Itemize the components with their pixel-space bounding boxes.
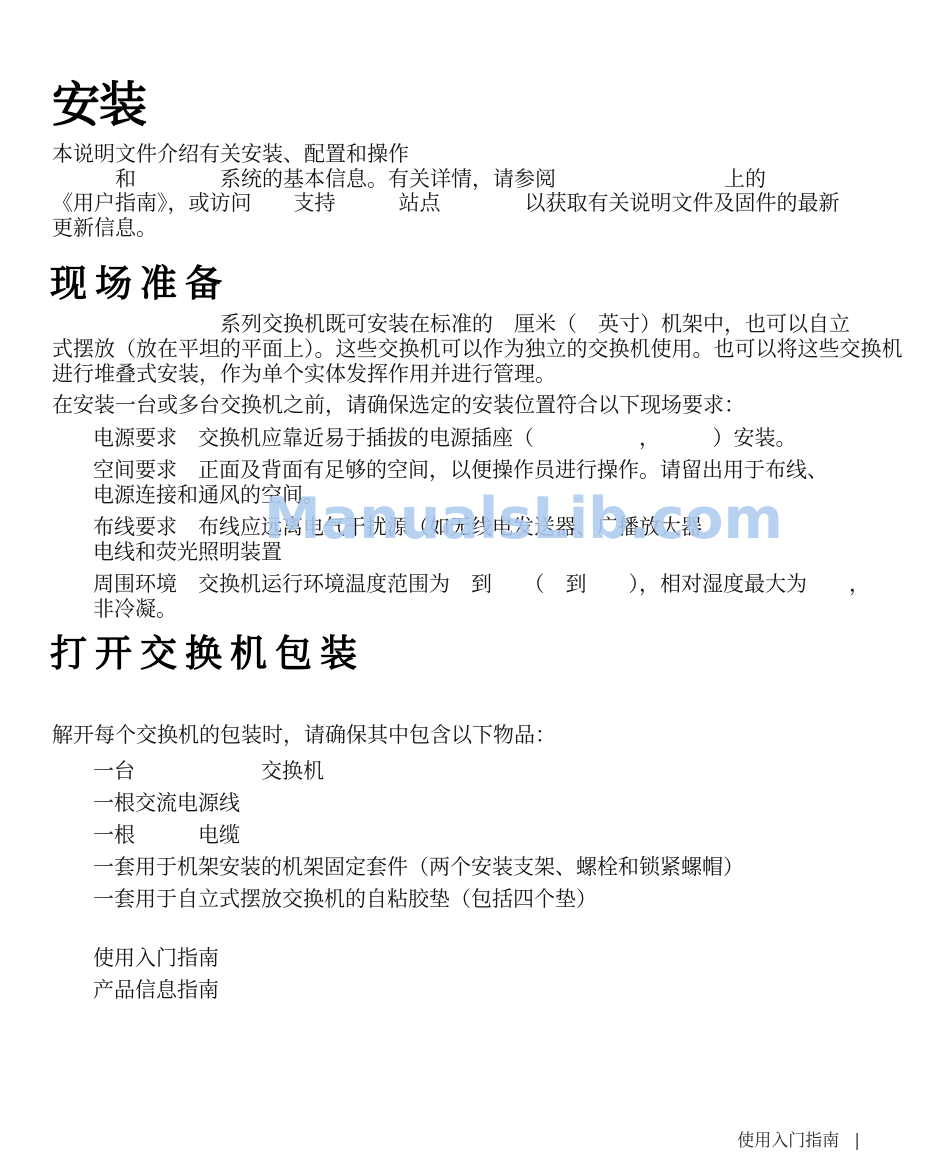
footer-guide-label: 使用入门指南 xyxy=(737,1131,839,1151)
page-footer: 使用入门指南| xyxy=(737,1130,860,1152)
requirement-space: 空间要求 正面及背面有足够的空间，以便操作员进行操作。请留出用于布线、 电源连接… xyxy=(93,458,920,508)
doc-item-getting-started-guide: 使用入门指南 xyxy=(93,946,920,971)
requirement-power: 电源要求 交换机应靠近易于插拔的电源插座（ ， ）安装。 xyxy=(93,426,920,451)
requirement-environment: 周围环境 交换机运行环境温度范围为 到 （ 到 ），相对湿度最大为 ， 非冷凝。 xyxy=(93,572,920,622)
requirements-list: 电源要求 交换机应靠近易于插拔的电源插座（ ， ）安装。 空间要求 正面及背面有… xyxy=(93,426,920,622)
section-heading-site-prep: 现场准备 xyxy=(50,264,950,304)
doc-item-product-info-guide: 产品信息指南 xyxy=(93,978,920,1003)
page-title: 安装 xyxy=(52,78,950,132)
intro-paragraph: 本说明文件介绍有关安装、配置和操作 和 系统的基本信息。有关详情，请参阅 上的 … xyxy=(52,142,912,240)
site-prep-paragraph-2: 在安装一台或多台交换机之前，请确保选定的安装位置符合以下现场要求： xyxy=(52,393,912,418)
requirement-cabling: 布线要求 布线应远离电气干扰源（如无线电发送器、广播放大器 电线和荧光照明装置 xyxy=(93,515,920,565)
package-item-ac-power-cord: 一根交流电源线 xyxy=(93,791,920,816)
package-contents-list: 一台 交换机 一根交流电源线 一根 电缆 一套用于机架安装的机架固定套件（两个安… xyxy=(93,759,920,912)
package-item-cable: 一根 电缆 xyxy=(93,823,920,848)
package-item-rack-kit: 一套用于机架安装的机架固定套件（两个安装支架、螺栓和锁紧螺帽） xyxy=(93,855,920,880)
site-prep-paragraph-1: 系列交换机既可安装在标准的 厘米（ 英寸）机架中，也可以自立 式摆放（放在平坦的… xyxy=(52,312,912,387)
unpack-paragraph: 解开每个交换机的包装时，请确保其中包含以下物品： xyxy=(52,723,912,748)
package-item-switch: 一台 交换机 xyxy=(93,759,920,784)
included-docs-list: 使用入门指南 产品信息指南 xyxy=(93,946,920,1003)
section-heading-unpack: 打开交换机包装 xyxy=(50,634,950,674)
footer-separator: | xyxy=(854,1131,860,1151)
package-item-rubber-pads: 一套用于自立式摆放交换机的自粘胶垫（包括四个垫） xyxy=(93,887,920,912)
manual-page: 安装 本说明文件介绍有关安装、配置和操作 和 系统的基本信息。有关详情，请参阅 … xyxy=(0,0,950,1161)
